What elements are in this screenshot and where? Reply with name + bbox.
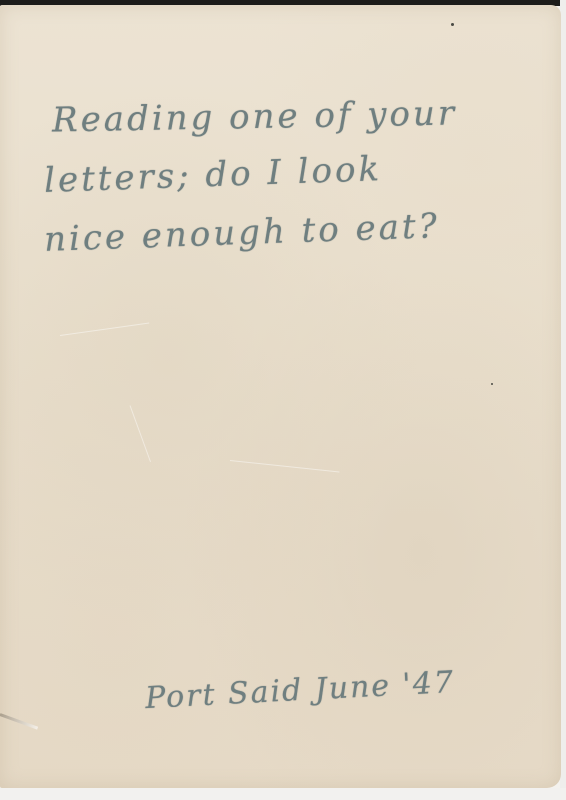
ink-speck: [451, 23, 454, 26]
crease-mark: [60, 322, 149, 336]
corner-tear: [0, 713, 38, 729]
signature-place-date: Port Said June '47: [144, 665, 456, 716]
crease-mark: [130, 405, 151, 462]
paper-card: Reading one of your letters; do I look n…: [0, 5, 561, 788]
crease-mark: [230, 460, 340, 472]
note-line-2: letters; do I look: [43, 149, 382, 201]
note-line-1: Reading one of your: [52, 93, 458, 140]
scan-edge-bottom: [0, 788, 566, 800]
ink-speck: [491, 383, 493, 385]
note-line-3: nice enough to eat?: [43, 206, 440, 260]
